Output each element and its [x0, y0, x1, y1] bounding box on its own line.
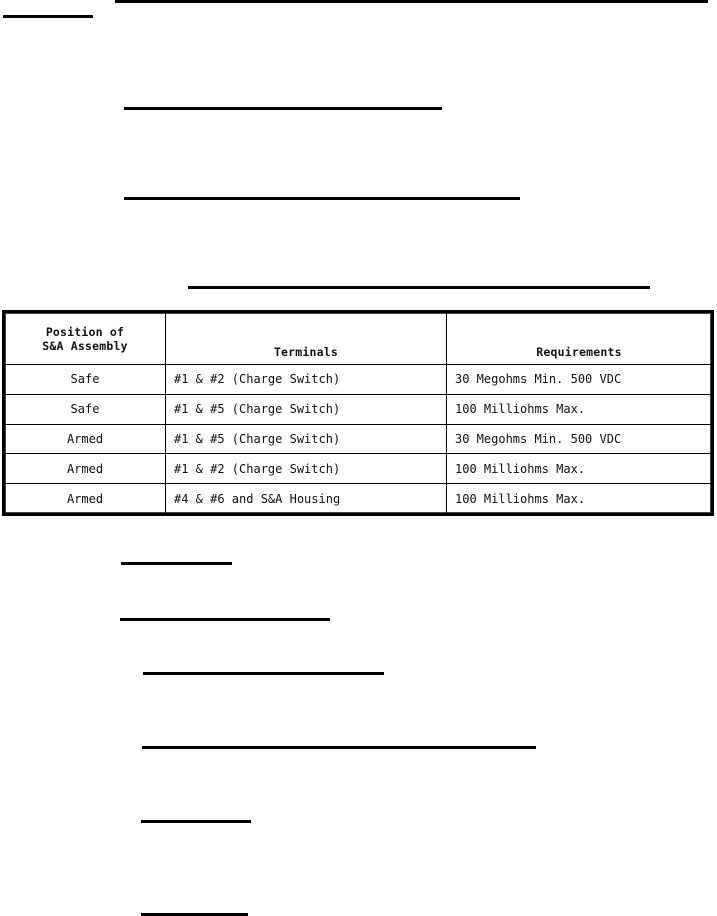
cell-terminals: #1 & #2 (Charge Switch): [166, 365, 447, 395]
table-row: Armed #4 & #6 and S&A Housing 100 Millio…: [5, 484, 712, 514]
subparagraph-heading-underline-1: [143, 672, 384, 675]
table-header-row: Position of S&A Assembly Terminals Requi…: [5, 313, 712, 365]
header-position-line2: S&A Assembly: [5, 339, 165, 353]
cell-position: Armed: [5, 424, 166, 454]
cell-position: Armed: [5, 484, 166, 514]
table-row: Armed #1 & #5 (Charge Switch) 30 Megohms…: [5, 424, 712, 454]
cell-terminals: #4 & #6 and S&A Housing: [166, 484, 447, 514]
cell-terminals: #1 & #5 (Charge Switch): [166, 424, 447, 454]
subparagraph-heading-underline-3: [141, 820, 251, 823]
cell-terminals: #1 & #5 (Charge Switch): [166, 394, 447, 424]
cell-terminals: #1 & #2 (Charge Switch): [166, 454, 447, 484]
top-rule: [115, 0, 708, 3]
paragraph-heading-underline-2: [120, 618, 330, 621]
cell-position: Armed: [5, 454, 166, 484]
cell-requirement: 100 Milliohms Max.: [447, 394, 712, 424]
cell-requirement: 30 Megohms Min. 500 VDC: [447, 424, 712, 454]
subsection-heading-underline-1: [124, 107, 442, 110]
table-row: Safe #1 & #5 (Charge Switch) 100 Millioh…: [5, 394, 712, 424]
resistance-requirements-table: Position of S&A Assembly Terminals Requi…: [2, 310, 714, 516]
paragraph-heading-underline-1: [121, 562, 232, 565]
header-terminals: Terminals: [166, 313, 447, 365]
header-position-line1: Position of: [5, 325, 165, 339]
cell-position: Safe: [5, 365, 166, 395]
subparagraph-heading-underline-2: [142, 746, 536, 749]
table-row: Safe #1 & #2 (Charge Switch) 30 Megohms …: [5, 365, 712, 395]
section-heading-underline: [3, 15, 93, 18]
cell-requirement: 100 Milliohms Max.: [447, 454, 712, 484]
cell-requirement: 100 Milliohms Max.: [447, 484, 712, 514]
table-row: Armed #1 & #2 (Charge Switch) 100 Millio…: [5, 454, 712, 484]
header-requirements: Requirements: [447, 313, 712, 365]
table-title-underline: [188, 286, 650, 289]
cell-position: Safe: [5, 394, 166, 424]
cell-requirement: 30 Megohms Min. 500 VDC: [447, 365, 712, 395]
header-position: Position of S&A Assembly: [5, 313, 166, 365]
subsection-heading-underline-2: [124, 197, 520, 200]
